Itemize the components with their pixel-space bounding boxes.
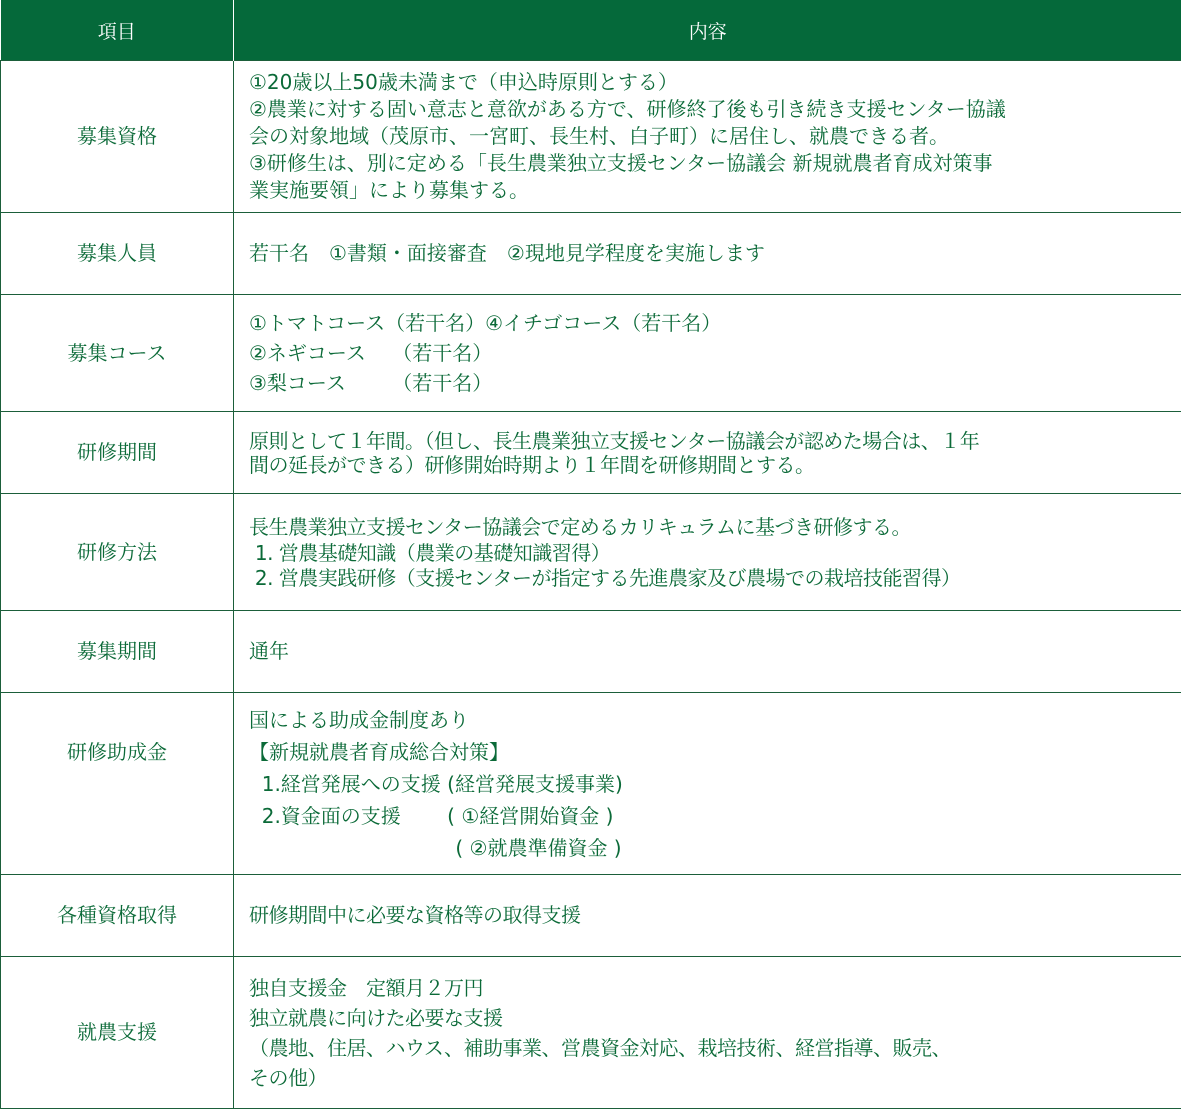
row-label: 就農支援 [1, 957, 234, 1109]
table-row-training-period: 研修期間 原則として１年間。（但し、長生農業独立支援センター協議会が認めた場合は… [1, 412, 1181, 494]
content-line: ①20歳以上50歳未満まで（申込時原則とする） [249, 69, 1181, 96]
row-label: 研修期間 [1, 412, 234, 494]
content-line: 業実施要領」により募集する。 [249, 177, 1181, 204]
content-line: 2.資金面の支援 ( ①経営開始資金 ) [249, 800, 1181, 832]
row-content: 原則として１年間。（但し、長生農業独立支援センター協議会が認めた場合は、１年 間… [234, 412, 1181, 494]
content-line: ②農業に対する固い意志と意欲がある方で、研修終了後も引き続き支援センター協議 [249, 96, 1181, 123]
content-line: ( ②就農準備資金 ) [249, 832, 1181, 864]
content-line: 独自支援金 定額月２万円 [249, 973, 1181, 1003]
content-line: 若干名 ①書類・面接審査 ②現地見学程度を実施します [249, 240, 1181, 267]
content-line: 間の延長ができる）研修開始時期より１年間を研修期間とする。 [249, 453, 1181, 477]
table-row-training-method: 研修方法 長生農業独立支援センター協議会で定めるカリキュラムに基づき研修する。 … [1, 494, 1181, 611]
content-line: 会の対象地域（茂原市、一宮町、長生村、白子町）に居住し、就農できる者。 [249, 123, 1181, 150]
row-content: 研修期間中に必要な資格等の取得支援 [234, 875, 1181, 957]
content-line: ①トマトコース（若干名）④イチゴコース（若干名） [249, 308, 1181, 338]
content-line: ②ネギコース （若干名） [249, 338, 1181, 368]
content-line: 1. 営農基礎知識（農業の基礎知識習得） [249, 541, 1181, 566]
row-content: 長生農業独立支援センター協議会で定めるカリキュラムに基づき研修する。 1. 営農… [234, 494, 1181, 611]
content-line: （農地、住居、ハウス、補助事業、営農資金対応、栽培技術、経営指導、販売、 [249, 1033, 1181, 1063]
column-header-content: 内容 [234, 0, 1181, 61]
recruitment-table: 項目 内容 募集資格 ①20歳以上50歳未満まで（申込時原則とする） ②農業に対… [0, 0, 1181, 1109]
table-header-row: 項目 内容 [1, 0, 1181, 61]
content-line: 国による助成金制度あり [249, 704, 1181, 736]
row-content: 独自支援金 定額月２万円 独立就農に向けた必要な支援 （農地、住居、ハウス、補助… [234, 957, 1181, 1109]
table-row-certifications: 各種資格取得 研修期間中に必要な資格等の取得支援 [1, 875, 1181, 957]
content-line: 長生農業独立支援センター協議会で定めるカリキュラムに基づき研修する。 [249, 514, 1181, 541]
row-content: ①20歳以上50歳未満まで（申込時原則とする） ②農業に対する固い意志と意欲があ… [234, 61, 1181, 213]
content-line: 原則として１年間。（但し、長生農業独立支援センター協議会が認めた場合は、１年 [249, 429, 1181, 453]
content-line: ③研修生は、別に定める「長生農業独立支援センター協議会 新規就農者育成対策事 [249, 150, 1181, 177]
row-label: 募集資格 [1, 61, 234, 213]
content-line: 1.経営発展への支援 (経営発展支援事業) [249, 768, 1181, 800]
content-line: 研修期間中に必要な資格等の取得支援 [249, 902, 1181, 929]
content-line: 通年 [249, 638, 1181, 665]
row-label: 募集コース [1, 295, 234, 412]
row-label: 研修方法 [1, 494, 234, 611]
content-line: 独立就農に向けた必要な支援 [249, 1003, 1181, 1033]
content-line: ③梨コース （若干名） [249, 368, 1181, 398]
column-header-item: 項目 [1, 0, 234, 61]
row-content: 通年 [234, 611, 1181, 693]
table-row-training-grant: 研修助成金 国による助成金制度あり 【新規就農者育成総合対策】 1.経営発展への… [1, 693, 1181, 875]
table-row-capacity: 募集人員 若干名 ①書類・面接審査 ②現地見学程度を実施します [1, 213, 1181, 295]
row-content: 国による助成金制度あり 【新規就農者育成総合対策】 1.経営発展への支援 (経営… [234, 693, 1181, 875]
table-row-eligibility: 募集資格 ①20歳以上50歳未満まで（申込時原則とする） ②農業に対する固い意志… [1, 61, 1181, 213]
content-line: 2. 営農実践研修（支援センターが指定する先進農家及び農場での栽培技能習得） [249, 566, 1181, 591]
content-line: 【新規就農者育成総合対策】 [249, 736, 1181, 768]
row-content: ①トマトコース（若干名）④イチゴコース（若干名） ②ネギコース （若干名） ③梨… [234, 295, 1181, 412]
row-label: 各種資格取得 [1, 875, 234, 957]
row-content: 若干名 ①書類・面接審査 ②現地見学程度を実施します [234, 213, 1181, 295]
row-label: 募集期間 [1, 611, 234, 693]
content-line: その他） [249, 1063, 1181, 1093]
row-label: 募集人員 [1, 213, 234, 295]
table-row-recruitment-period: 募集期間 通年 [1, 611, 1181, 693]
table-row-courses: 募集コース ①トマトコース（若干名）④イチゴコース（若干名） ②ネギコース （若… [1, 295, 1181, 412]
row-label: 研修助成金 [1, 693, 234, 875]
table-row-farming-support: 就農支援 独自支援金 定額月２万円 独立就農に向けた必要な支援 （農地、住居、ハ… [1, 957, 1181, 1109]
